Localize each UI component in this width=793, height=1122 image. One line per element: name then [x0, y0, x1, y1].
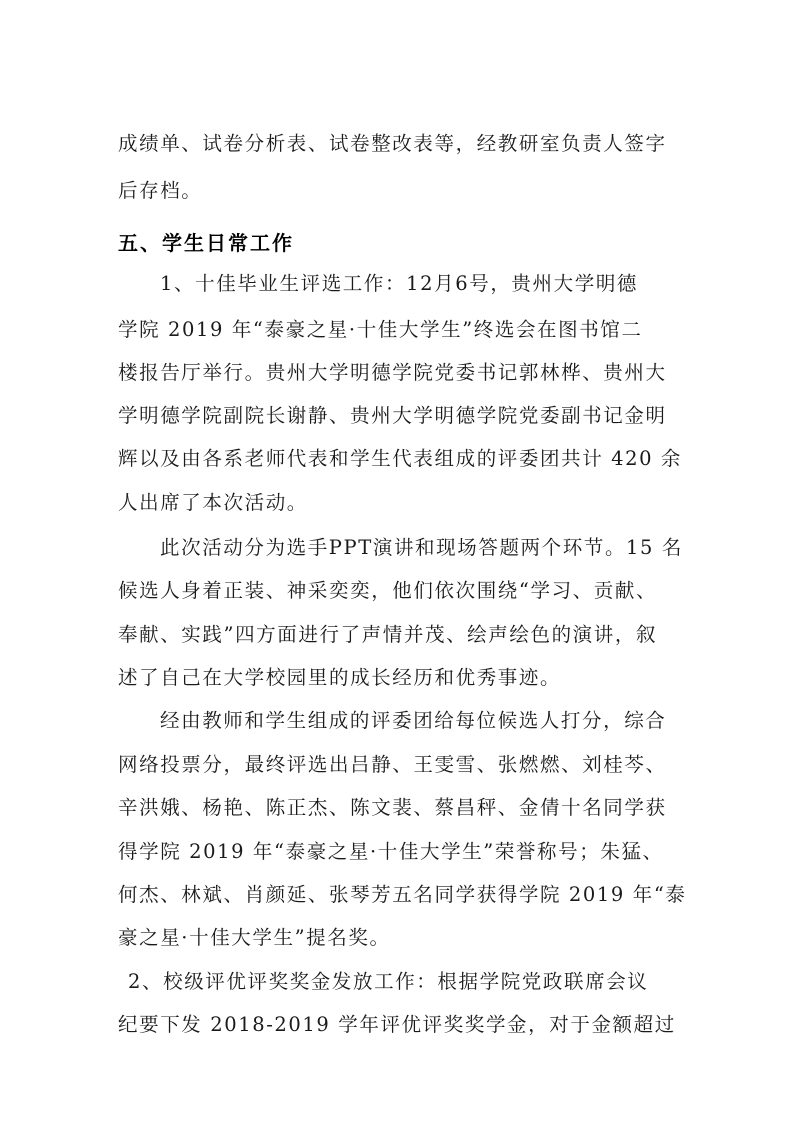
body-text-line: 奉献、实践”四方面进行了声情并茂、绘声绘色的演讲，叙: [118, 623, 678, 647]
body-text-line: 此次活动分为选手PPT演讲和现场答题两个环节。15 名: [160, 536, 678, 560]
document-page: 成绩单、试卷分析表、试卷整改表等，经教研室负责人签字 后存档。 五、学生日常工作…: [0, 0, 793, 1122]
body-text-line: 纪要下发 2018-2019 学年评优评奖奖学金，对于金额超过: [118, 1013, 678, 1037]
body-text-line: 1、十佳毕业生评选工作：12月6号，贵州大学明德: [160, 272, 678, 296]
body-text-line: 2、校级评优评奖奖金发放工作：根据学院党政联席会议: [128, 970, 678, 994]
body-text-line: 经由教师和学生组成的评委团给每位候选人打分，综合: [160, 709, 678, 733]
body-text-line: 候选人身着正装、神采奕奕，他们依次围绕“学习、贡献、: [118, 579, 678, 603]
body-text-line: 辛洪娥、杨艳、陈正杰、陈文裴、蔡昌秤、金倩十名同学获: [118, 796, 678, 820]
body-text-line: 后存档。: [118, 179, 678, 203]
body-text-line: 学院 2019 年“泰豪之星·十佳大学生”终选会在图书馆二: [118, 318, 678, 342]
body-text-line: 得学院 2019 年“泰豪之星·十佳大学生”荣誉称号；朱猛、: [118, 840, 678, 864]
body-text-line: 辉以及由各系老师代表和学生代表组成的评委团共计 420 余: [118, 447, 678, 471]
body-text-line: 人出席了本次活动。: [118, 491, 678, 515]
body-text-line: 成绩单、试卷分析表、试卷整改表等，经教研室负责人签字: [118, 132, 678, 156]
body-text-line: 豪之星·十佳大学生”提名奖。: [118, 926, 678, 950]
body-text-line: 楼报告厅举行。贵州大学明德学院党委书记郭林桦、贵州大: [118, 361, 678, 385]
body-text-line: 网络投票分，最终评选出吕静、王雯雪、张燃燃、刘桂芩、: [118, 753, 678, 777]
body-text-line: 学明德学院副院长谢静、贵州大学明德学院党委副书记金明: [118, 404, 678, 428]
section-heading: 五、学生日常工作: [118, 231, 294, 255]
body-text-line: 何杰、林斌、肖颜延、张琴芳五名同学获得学院 2019 年“泰: [118, 883, 678, 907]
body-text-line: 述了自己在大学校园里的成长经历和优秀事迹。: [118, 666, 678, 690]
